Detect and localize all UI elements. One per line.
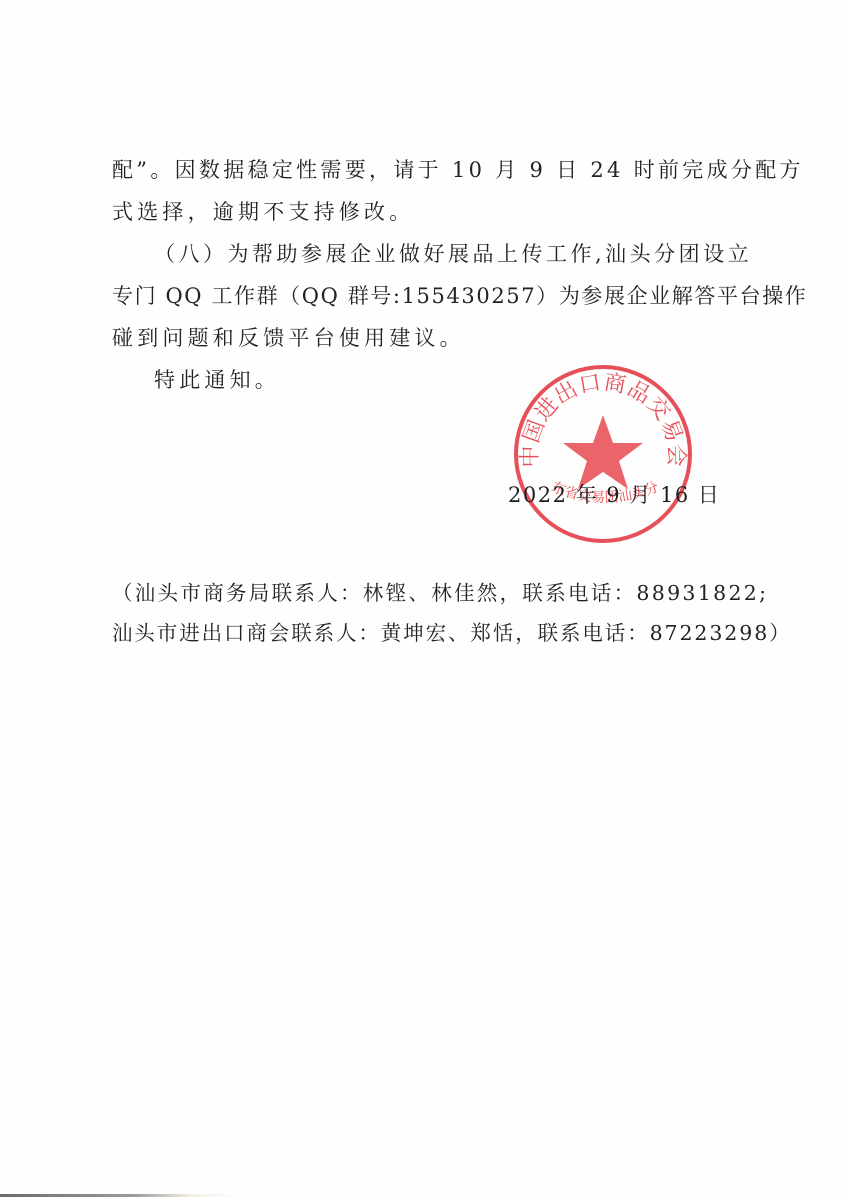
paragraph-line: 式选择，逾期不支持修改。 bbox=[112, 199, 414, 225]
closing-line: 特此通知。 bbox=[154, 367, 280, 393]
contact-line: 汕头市进出口商会联系人：黄坤宏、郑恬，联系电话：87223298） bbox=[112, 620, 792, 646]
paragraph-line: 配”。因数据稳定性需要，请于 10 月 9 日 24 时前完成分配方 bbox=[112, 157, 804, 183]
paragraph-line: 碰到问题和反馈平台使用建议。 bbox=[112, 325, 465, 351]
issue-date: 2022 年 9 月 16 日 bbox=[508, 482, 720, 508]
document-page: 配”。因数据稳定性需要，请于 10 月 9 日 24 时前完成分配方 式选择，逾… bbox=[0, 0, 842, 1197]
contact-line: （汕头市商务局联系人：林铿、林佳然，联系电话：88931822; bbox=[112, 580, 768, 606]
paragraph-line: 专门 QQ 工作群（QQ 群号:155430257）为参展企业解答平台操作 bbox=[112, 283, 807, 309]
official-seal: 中国进出口商品交易会 广东省交易团汕头分团 bbox=[512, 363, 694, 545]
paragraph-line: （八）为帮助参展企业做好展品上传工作,汕头分团设立 bbox=[154, 241, 752, 267]
star-icon bbox=[563, 415, 643, 489]
